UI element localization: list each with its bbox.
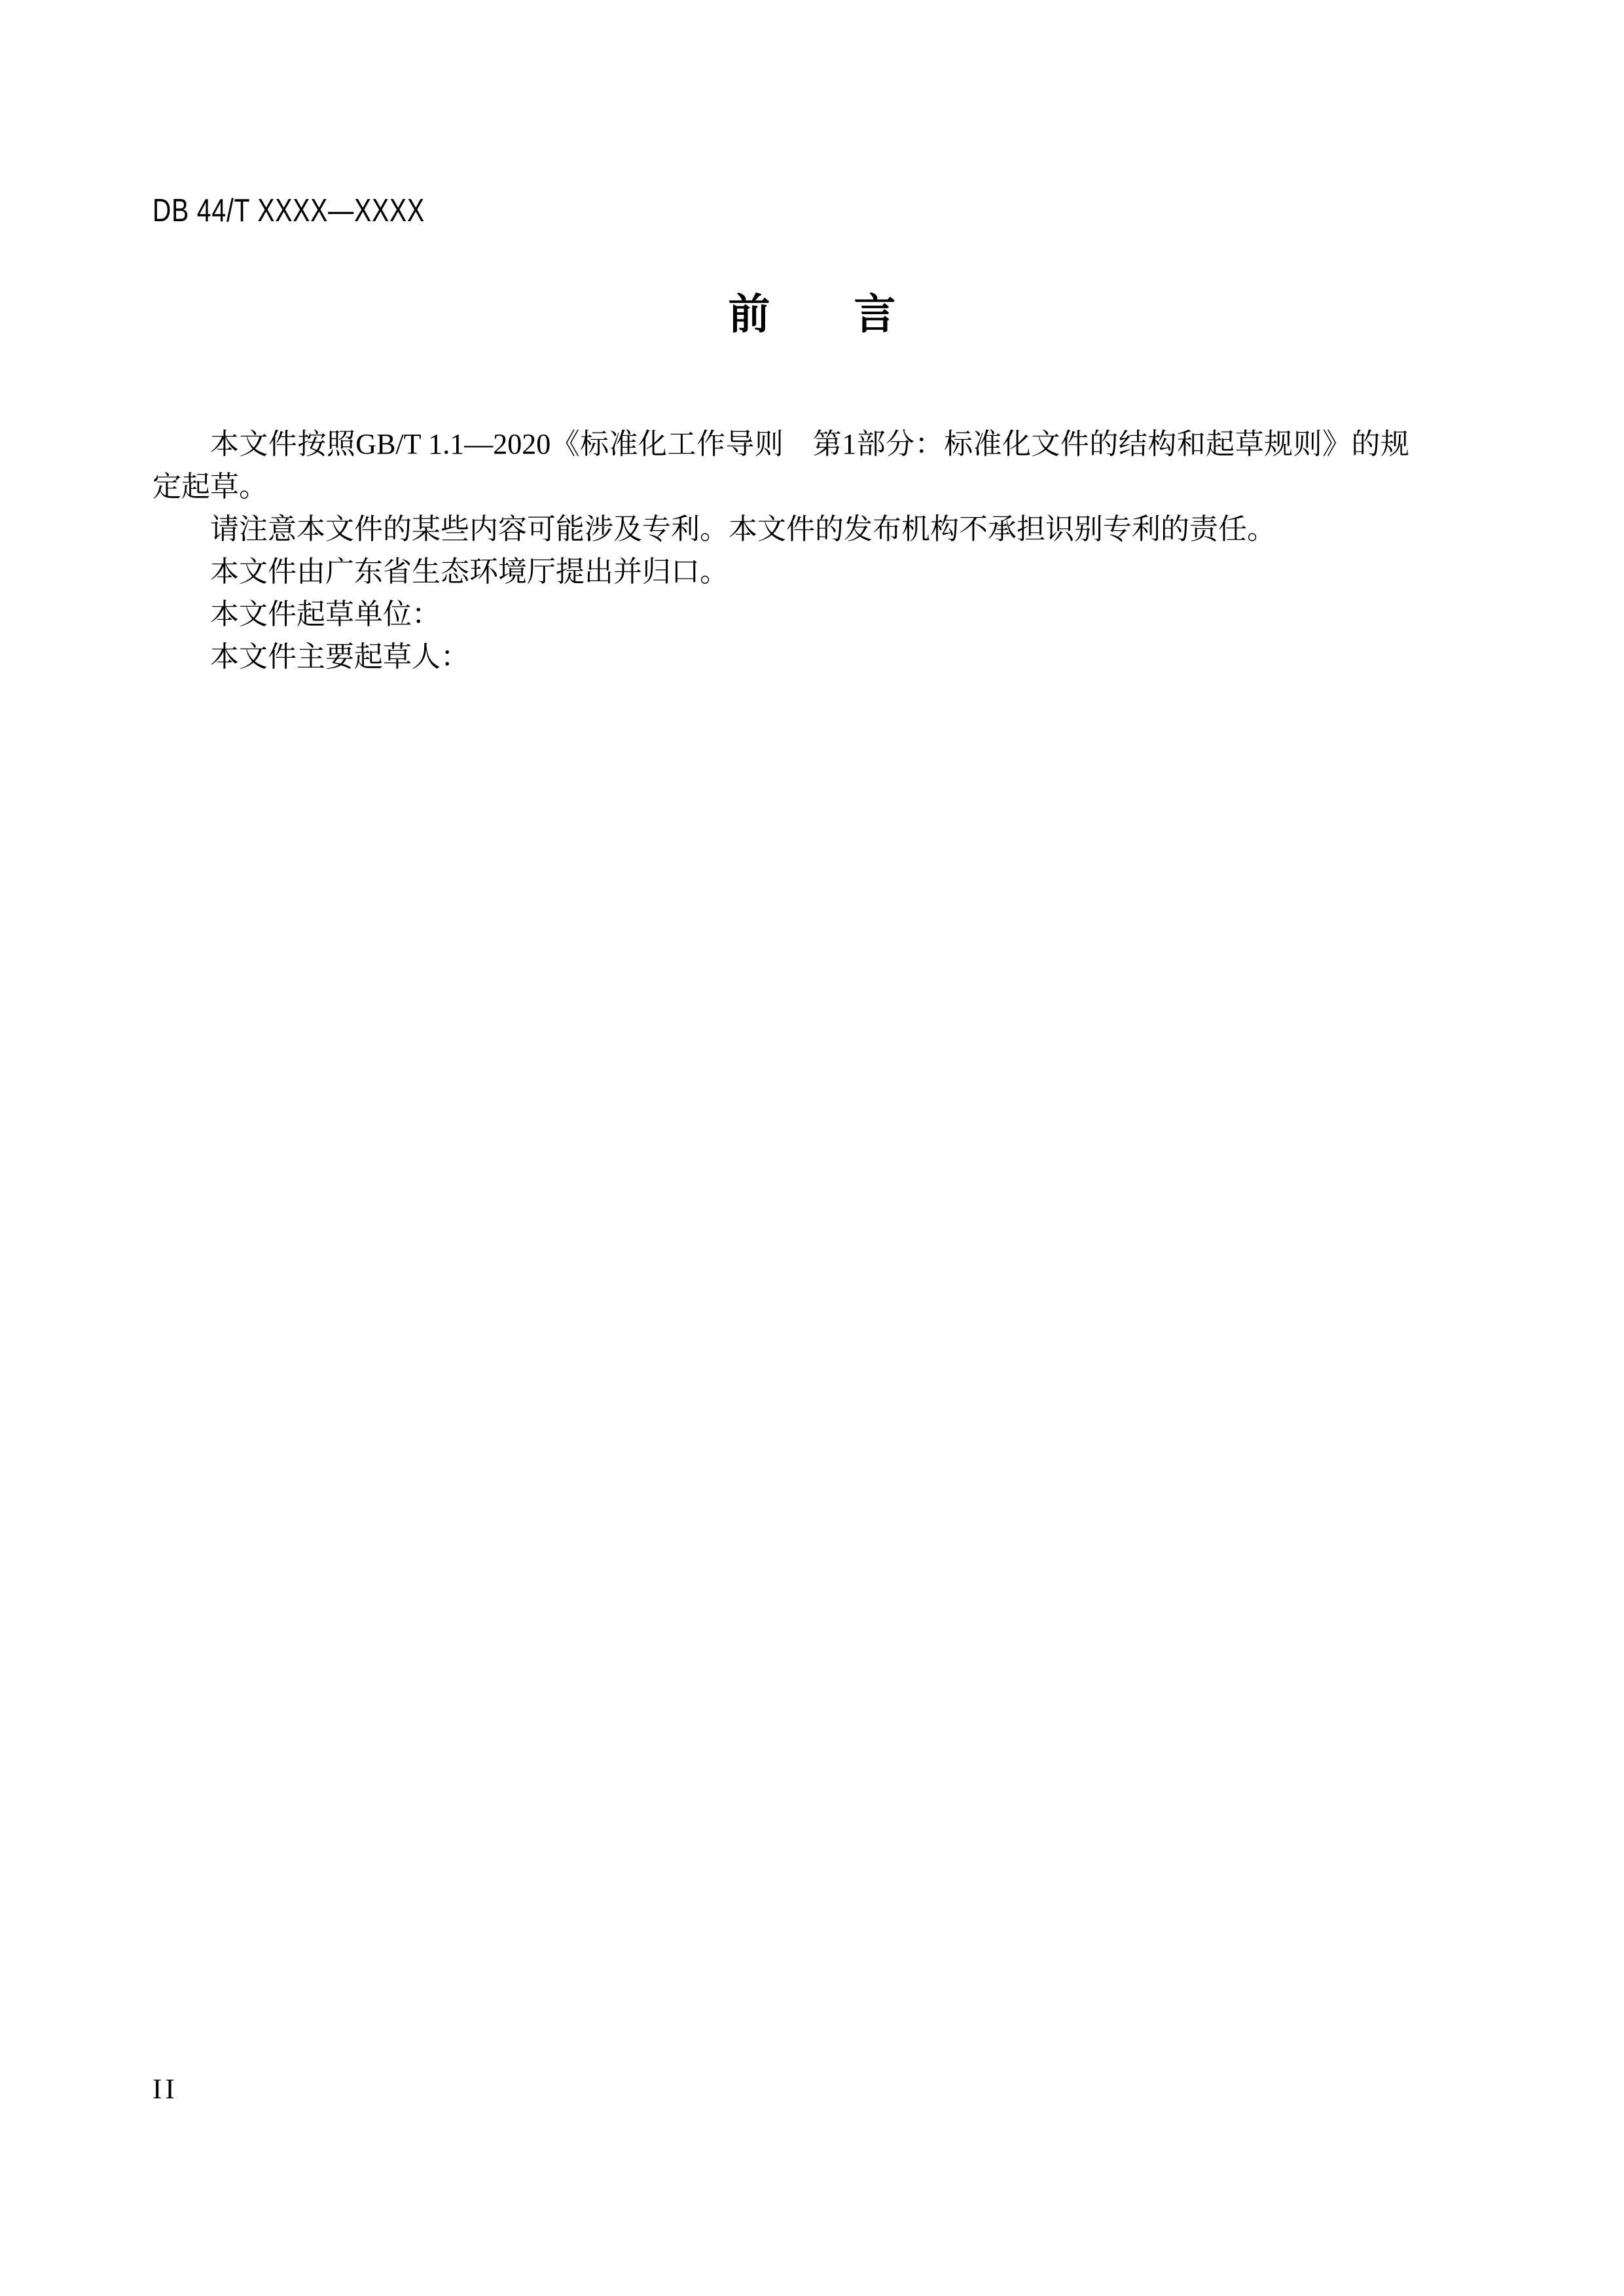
document-page: DB 44/T XXXX—XXXX 前 言 本文件按照GB/T 1.1—2020… [0, 0, 1624, 2296]
paragraph-patent-notice: 请注意本文件的某些内容可能涉及专利。本文件的发布机构不承担识别专利的责任。 [153, 508, 1409, 550]
paragraph-proposing-org: 本文件由广东省生态环境厅提出并归口。 [153, 550, 1409, 593]
paragraph-drafting-rules: 本文件按照GB/T 1.1—2020《标准化工作导则 第1部分：标准化文件的结构… [153, 423, 1409, 508]
standard-number: DB 44/T XXXX—XXXX [153, 195, 493, 227]
paragraph-drafting-units: 本文件起草单位： [153, 593, 1409, 636]
page-number: II [153, 2075, 178, 2105]
paragraph-main-drafters: 本文件主要起草人： [153, 636, 1409, 678]
foreword-title: 前 言 [0, 290, 1624, 338]
standard-number-text: DB 44/T XXXX—XXXX [153, 195, 425, 227]
foreword-body: 本文件按照GB/T 1.1—2020《标准化工作导则 第1部分：标准化文件的结构… [153, 423, 1409, 678]
